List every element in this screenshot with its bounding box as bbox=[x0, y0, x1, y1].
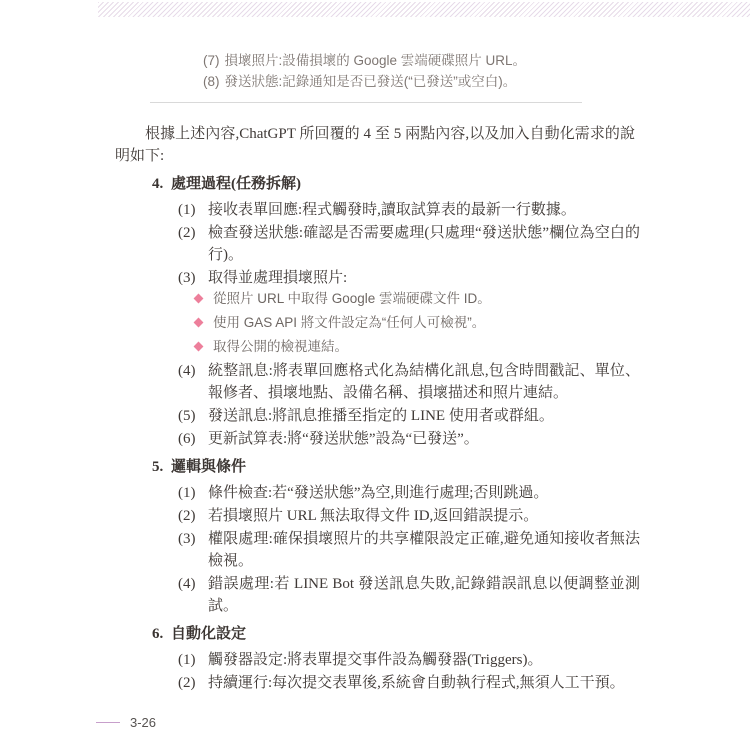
book-page-content: (7) 損壞照片:設備損壞的 Google 雲端硬碟照片 URL。 (8) 發送… bbox=[0, 0, 750, 694]
bullet-text: 從照片 URL 中取得 Google 雲端硬碟文件 ID。 bbox=[213, 287, 491, 311]
list-item: (8) 發送狀態:記錄通知是否已發送(“已發送”或空白)。 bbox=[203, 71, 750, 92]
item-number: (2) bbox=[178, 672, 208, 694]
list-item: (7) 損壞照片:設備損壞的 Google 雲端硬碟照片 URL。 bbox=[203, 50, 750, 71]
section-processing: 4. 處理過程(任務拆解) (1) 接收表單回應:程式觸發時,讀取試算表的最新一… bbox=[0, 173, 750, 450]
item-number: (6) bbox=[178, 428, 208, 450]
numbered-item: (5) 發送訊息:將訊息推播至指定的 LINE 使用者或群組。 bbox=[178, 405, 640, 427]
item-number: (4) bbox=[178, 573, 208, 617]
item-number: (5) bbox=[178, 405, 208, 427]
section-number: 5. bbox=[152, 456, 171, 478]
diamond-bullet-list: 從照片 URL 中取得 Google 雲端硬碟文件 ID。 使用 GAS API… bbox=[193, 287, 750, 359]
list-item-number: (7) bbox=[203, 50, 220, 71]
numbered-item: (2) 持續運行:每次提交表單後,系統會自動執行程式,無須人工干預。 bbox=[178, 672, 640, 694]
bullet-item: 從照片 URL 中取得 Google 雲端硬碟文件 ID。 bbox=[193, 287, 750, 311]
numbered-item: (2) 若損壞照片 URL 無法取得文件 ID,返回錯誤提示。 bbox=[178, 505, 640, 527]
item-text: 錯誤處理:若 LINE Bot 發送訊息失敗,記錄錯誤訊息以便調整並測試。 bbox=[208, 573, 640, 617]
numbered-item: (4) 錯誤處理:若 LINE Bot 發送訊息失敗,記錄錯誤訊息以便調整並測試… bbox=[178, 573, 640, 617]
item-number: (3) bbox=[178, 267, 208, 289]
page-number: 3-26 bbox=[130, 715, 156, 730]
item-number: (2) bbox=[178, 222, 208, 266]
item-text: 若損壞照片 URL 無法取得文件 ID,返回錯誤提示。 bbox=[208, 505, 640, 527]
item-text: 檢查發送狀態:確認是否需要處理(只處理“發送狀態”欄位為空白的行)。 bbox=[208, 222, 640, 266]
section-automation: 6. 自動化設定 (1) 觸發器設定:將表單提交事件設為觸發器(Triggers… bbox=[0, 623, 750, 694]
diamond-bullet-icon bbox=[194, 294, 204, 304]
item-text: 取得並處理損壞照片: bbox=[208, 267, 640, 289]
section-heading: 4. 處理過程(任務拆解) bbox=[152, 173, 750, 195]
numbered-item: (3) 取得並處理損壞照片: bbox=[178, 267, 640, 289]
item-number: (1) bbox=[178, 482, 208, 504]
list-item-text: 損壞照片:設備損壞的 Google 雲端硬碟照片 URL。 bbox=[225, 50, 527, 71]
numbered-item: (1) 觸發器設定:將表單提交事件設為觸發器(Triggers)。 bbox=[178, 649, 640, 671]
intro-paragraph: 根據上述內容,ChatGPT 所回覆的 4 至 5 兩點內容,以及加入自動化需求… bbox=[115, 123, 635, 167]
list-item-text: 發送狀態:記錄通知是否已發送(“已發送”或空白)。 bbox=[225, 71, 517, 92]
item-number: (1) bbox=[178, 199, 208, 221]
item-text: 接收表單回應:程式觸發時,讀取試算表的最新一行數據。 bbox=[208, 199, 640, 221]
numbered-item: (2) 檢查發送狀態:確認是否需要處理(只處理“發送狀態”欄位為空白的行)。 bbox=[178, 222, 640, 266]
section-title-text: 邏輯與條件 bbox=[171, 456, 246, 478]
item-text: 觸發器設定:將表單提交事件設為觸發器(Triggers)。 bbox=[208, 649, 640, 671]
item-text: 統整訊息:將表單回應格式化為結構化訊息,包含時間戳記、單位、報修者、損壞地點、設… bbox=[208, 360, 640, 404]
section-title-text: 處理過程(任務拆解) bbox=[171, 173, 301, 195]
section-heading: 6. 自動化設定 bbox=[152, 623, 750, 645]
item-text: 持續運行:每次提交表單後,系統會自動執行程式,無須人工干預。 bbox=[208, 672, 640, 694]
section-number: 4. bbox=[152, 173, 171, 195]
bullet-text: 使用 GAS API 將文件設定為“任何人可檢視”。 bbox=[213, 311, 485, 335]
page-footer: 3-26 bbox=[96, 715, 156, 730]
numbered-item: (4) 統整訊息:將表單回應格式化為結構化訊息,包含時間戳記、單位、報修者、損壞… bbox=[178, 360, 640, 404]
item-text: 發送訊息:將訊息推播至指定的 LINE 使用者或群組。 bbox=[208, 405, 640, 427]
section-logic: 5. 邏輯與條件 (1) 條件檢查:若“發送狀態”為空,則進行處理;否則跳過。 … bbox=[0, 456, 750, 617]
list-item-number: (8) bbox=[203, 71, 220, 92]
numbered-item: (1) 接收表單回應:程式觸發時,讀取試算表的最新一行數據。 bbox=[178, 199, 640, 221]
item-text: 條件檢查:若“發送狀態”為空,則進行處理;否則跳過。 bbox=[208, 482, 640, 504]
item-number: (1) bbox=[178, 649, 208, 671]
item-number: (4) bbox=[178, 360, 208, 404]
numbered-item: (3) 權限處理:確保損壞照片的共享權限設定正確,避免通知接收者無法檢視。 bbox=[178, 528, 640, 572]
carried-over-list: (7) 損壞照片:設備損壞的 Google 雲端硬碟照片 URL。 (8) 發送… bbox=[203, 50, 750, 92]
item-text: 權限處理:確保損壞照片的共享權限設定正確,避免通知接收者無法檢視。 bbox=[208, 528, 640, 572]
item-number: (2) bbox=[178, 505, 208, 527]
section-divider bbox=[150, 102, 582, 103]
numbered-item: (1) 條件檢查:若“發送狀態”為空,則進行處理;否則跳過。 bbox=[178, 482, 640, 504]
footer-rule bbox=[96, 722, 120, 723]
bullet-item: 使用 GAS API 將文件設定為“任何人可檢視”。 bbox=[193, 311, 750, 335]
item-number: (3) bbox=[178, 528, 208, 572]
section-title-text: 自動化設定 bbox=[171, 623, 246, 645]
diamond-bullet-icon bbox=[194, 342, 204, 352]
item-text: 更新試算表:將“發送狀態”設為“已發送”。 bbox=[208, 428, 640, 450]
diamond-bullet-icon bbox=[194, 318, 204, 328]
numbered-item: (6) 更新試算表:將“發送狀態”設為“已發送”。 bbox=[178, 428, 640, 450]
section-heading: 5. 邏輯與條件 bbox=[152, 456, 750, 478]
bullet-item: 取得公開的檢視連結。 bbox=[193, 335, 750, 359]
section-number: 6. bbox=[152, 623, 171, 645]
bullet-text: 取得公開的檢視連結。 bbox=[213, 335, 348, 359]
